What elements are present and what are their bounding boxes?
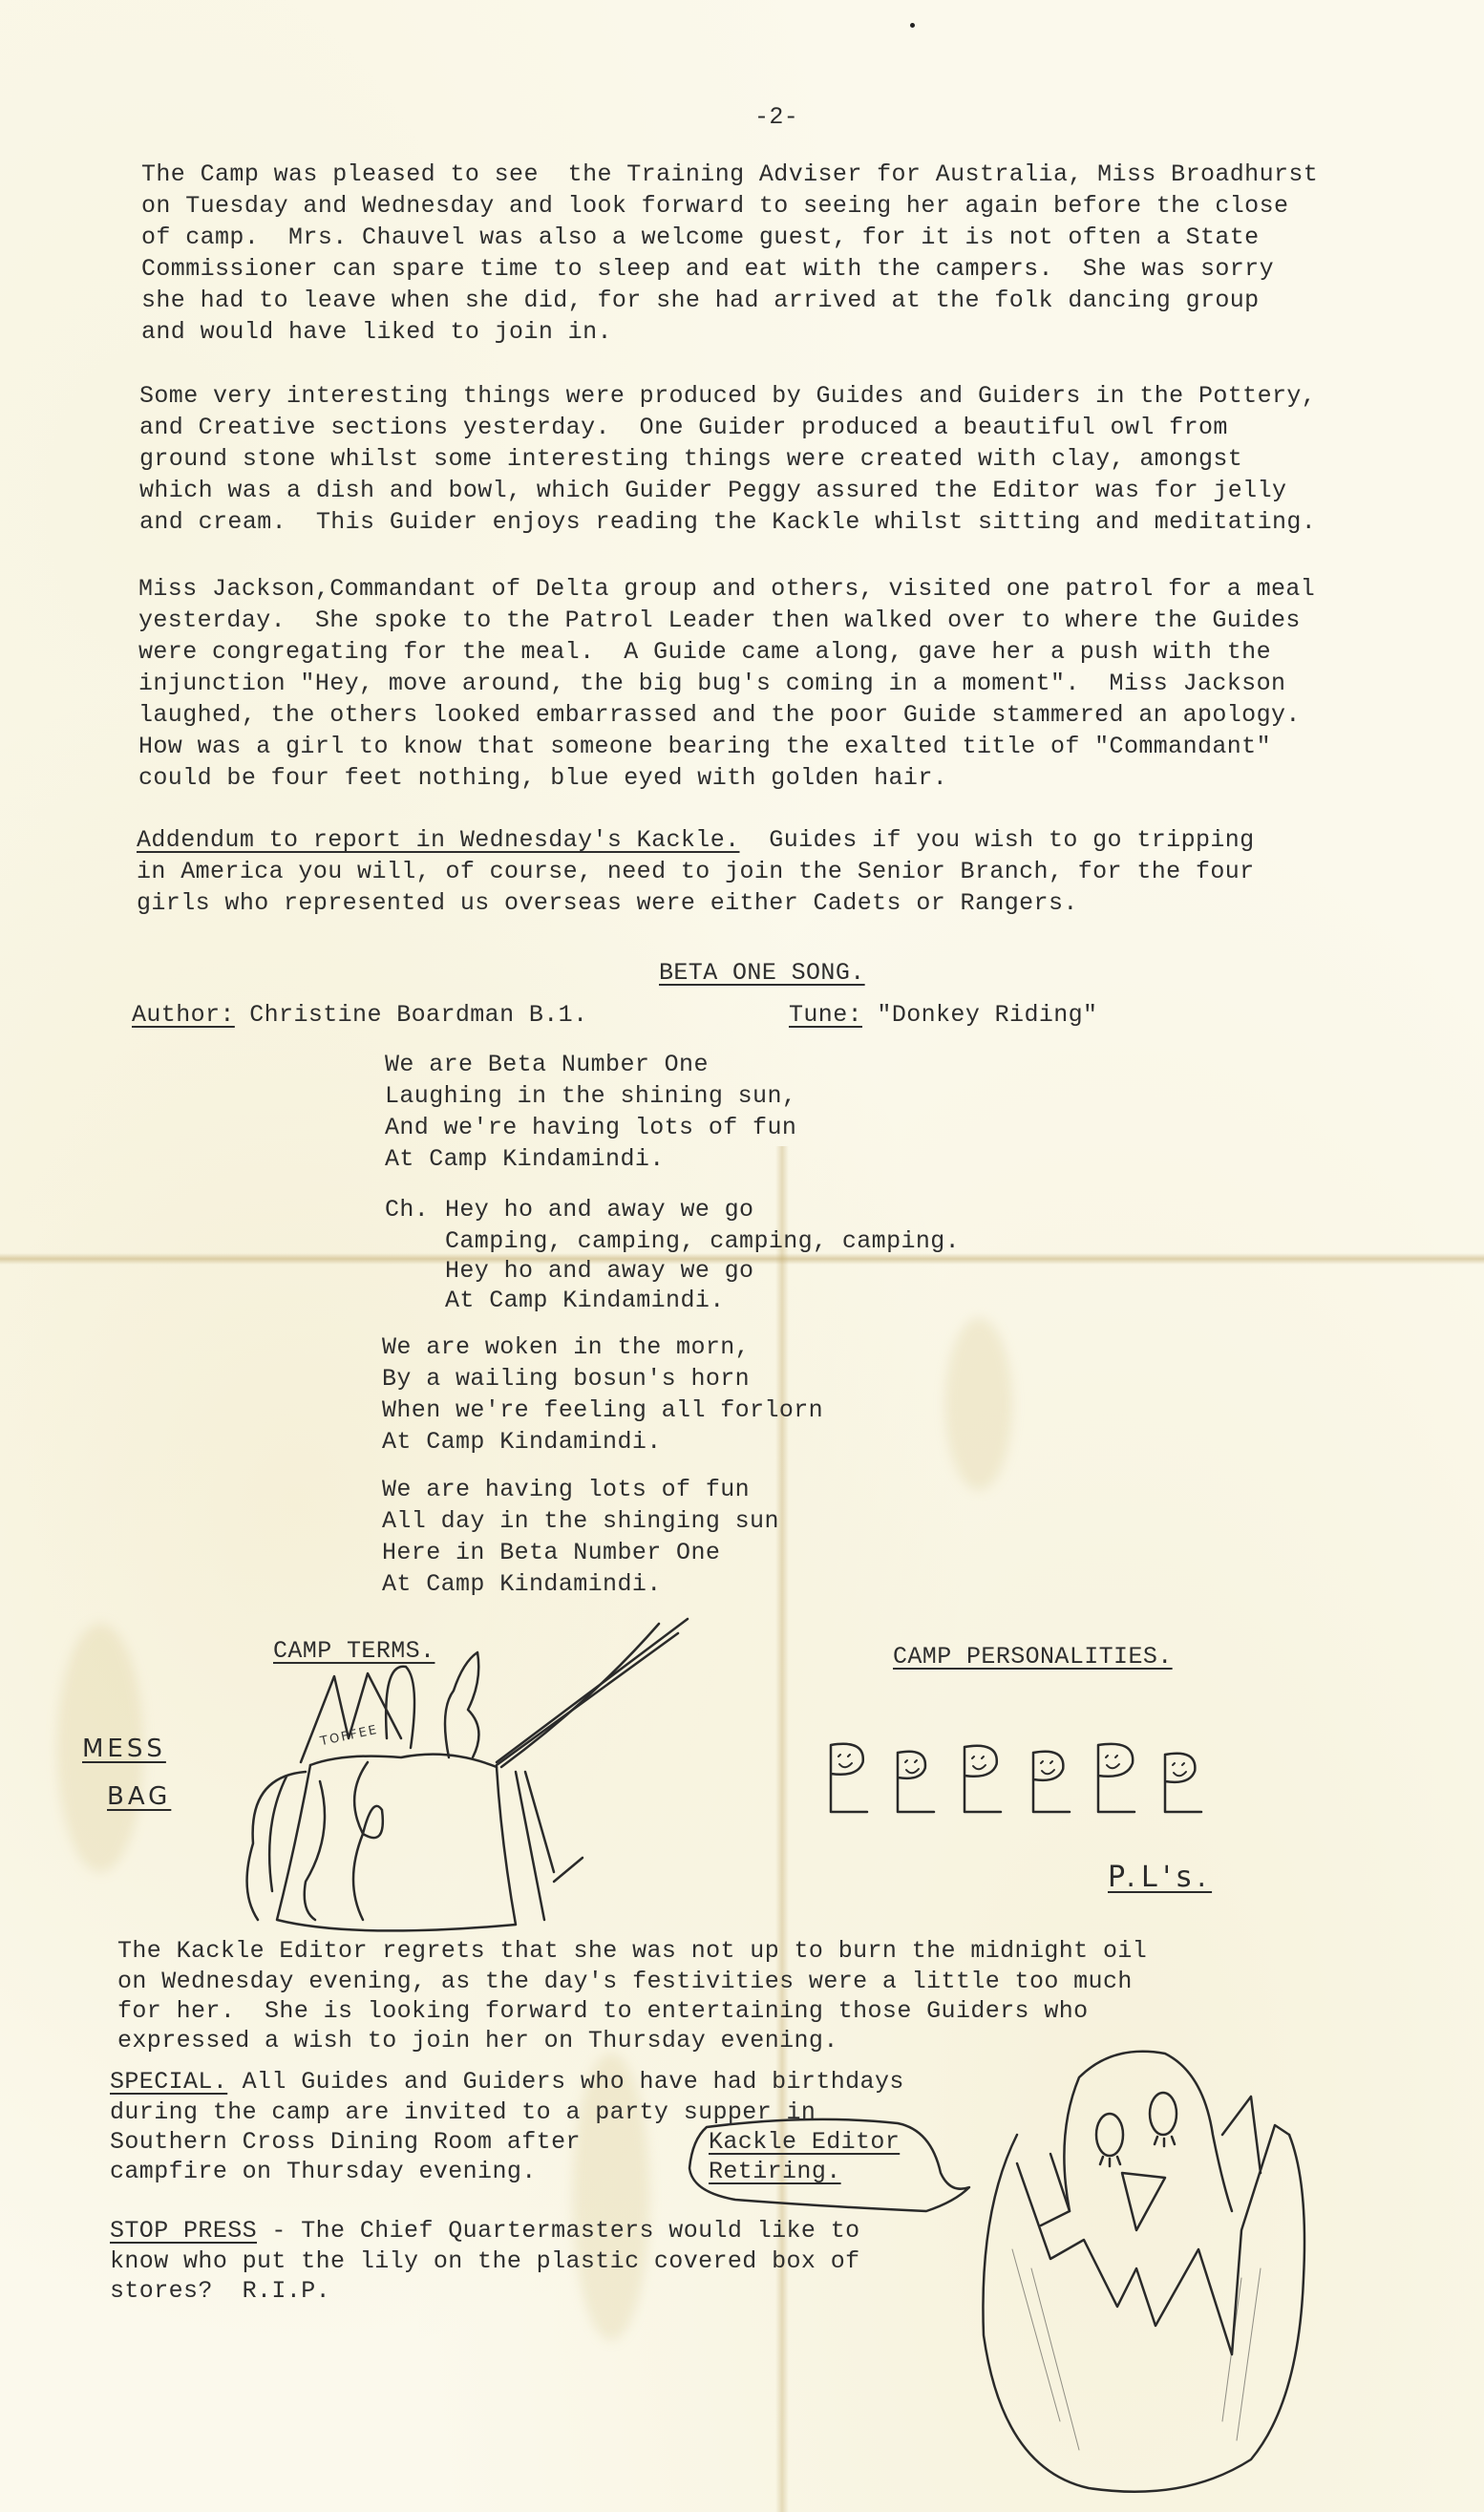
face-icon <box>1033 1752 1070 1812</box>
lyric-line: At Camp Kindamindi. <box>382 1426 662 1458</box>
page-number: -2- <box>754 101 798 133</box>
text-line: on Tuesday and Wednesday and look forwar… <box>141 190 1288 222</box>
text-line: were congregating for the meal. A Guide … <box>138 636 1271 668</box>
stop-press-label: STOP PRESS <box>110 2217 257 2245</box>
lyric-line: At Camp Kindamindi. <box>382 1568 662 1600</box>
text-line: which was a dish and bowl, which Guider … <box>139 475 1286 506</box>
bubble-line-1: Kackle Editor <box>709 2126 900 2158</box>
text-line: Commissioner can spare time to sleep and… <box>141 253 1274 285</box>
lyric-line: Camping, camping, camping, camping. <box>445 1225 960 1257</box>
face-icon <box>831 1744 867 1812</box>
lyric-line: All day in the shinging sun <box>382 1505 779 1537</box>
lyric-line: By a wailing bosun's horn <box>382 1363 750 1394</box>
author-label: Author: <box>132 1001 235 1029</box>
song-author: Author: Christine Boardman B.1. <box>132 999 588 1031</box>
text-span: - The Chief Quartermasters would like to <box>257 2217 860 2245</box>
text-line: Addendum to report in Wednesday's Kackle… <box>137 824 1255 856</box>
lyric-line: Hey ho and away we go <box>445 1255 753 1287</box>
lyric-line: Hey ho and away we go <box>445 1194 753 1225</box>
tune-label: Tune: <box>789 1001 862 1029</box>
text-line: yesterday. She spoke to the Patrol Leade… <box>138 605 1301 636</box>
lyric-line: Laughing in the shining sun, <box>385 1080 796 1112</box>
text-line: in America you will, of course, need to … <box>137 856 1255 887</box>
text-line: girls who represented us overseas were e… <box>137 887 1078 919</box>
text-line: The Camp was pleased to see the Training… <box>141 159 1318 190</box>
text-line: Miss Jackson,Commandant of Delta group a… <box>138 573 1315 605</box>
pls-caption-text: P.L's. <box>1108 1861 1212 1894</box>
pls-caption: P.L's. <box>1108 1861 1212 1894</box>
speck <box>910 23 915 28</box>
paper-stain <box>945 1318 1012 1490</box>
song-title: BETA ONE SONG. <box>659 957 865 989</box>
text-line: know who put the lily on the plastic cov… <box>110 2246 860 2277</box>
text-line: could be four feet nothing, blue eyed wi… <box>138 762 947 794</box>
text-line: on Wednesday evening, as the day's festi… <box>117 1966 1133 1997</box>
text-line: and cream. This Guider enjoys reading th… <box>139 506 1316 538</box>
text-line: campfire on Thursday evening. <box>110 2156 537 2187</box>
text-line: of camp. Mrs. Chauvel was also a welcome… <box>141 222 1260 253</box>
text-line: Southern Cross Dining Room after <box>110 2126 581 2158</box>
text-line: for her. She is looking forward to enter… <box>117 1995 1089 2027</box>
song-tune: Tune: "Donkey Riding" <box>789 999 1097 1031</box>
lyric-line: And we're having lots of fun <box>385 1112 796 1143</box>
face-icon <box>1165 1754 1201 1812</box>
lyric-line: We are having lots of fun <box>382 1474 750 1505</box>
text-span: Guides if you wish to go tripping <box>740 826 1255 854</box>
face-icon <box>898 1752 934 1812</box>
lyric-line: When we're feeling all forlorn <box>382 1394 823 1426</box>
bag-label: BAG <box>107 1782 171 1811</box>
text-line: and Creative sections yesterday. One Gui… <box>139 412 1228 443</box>
lyric-line: At Camp Kindamindi. <box>445 1285 725 1316</box>
addendum-heading: Addendum to report in Wednesday's Kackle… <box>137 826 740 854</box>
hatching-chick-drawing <box>945 2020 1337 2507</box>
text-line: Some very interesting things were produc… <box>139 380 1316 412</box>
author-name: Christine Boardman B.1. <box>235 1001 588 1029</box>
text-line: The Kackle Editor regrets that she was n… <box>117 1935 1147 1967</box>
text-line: injunction "Hey, move around, the big bu… <box>138 668 1285 699</box>
bubble-line-2: Retiring. <box>709 2156 841 2187</box>
text-line: SPECIAL. All Guides and Guiders who have… <box>110 2066 904 2097</box>
text-span: All Guides and Guiders who have had birt… <box>227 2068 904 2096</box>
face-icon <box>1098 1744 1134 1812</box>
lyric-line: Here in Beta Number One <box>382 1537 720 1568</box>
vertical-fold-crease <box>775 1146 789 2512</box>
text-line: STOP PRESS - The Chief Quartermasters wo… <box>110 2215 860 2246</box>
lyric-line: We are Beta Number One <box>385 1049 709 1080</box>
camp-personalities-title: CAMP PERSONALITIES. <box>893 1641 1173 1672</box>
text-line: How was a girl to know that someone bear… <box>138 731 1271 762</box>
lyric-line: At Camp Kindamindi. <box>385 1143 665 1175</box>
lyric-line: We are woken in the morn, <box>382 1331 750 1363</box>
text-line: ground stone whilst some interesting thi… <box>139 443 1242 475</box>
tune-name: "Donkey Riding" <box>862 1001 1097 1029</box>
text-line: and would have liked to join in. <box>141 316 612 348</box>
text-line: stores? R.I.P. <box>110 2275 330 2307</box>
patrol-leader-faces-drawing <box>821 1743 1203 1829</box>
mess-label: MESS <box>82 1735 166 1763</box>
mess-bag-drawing <box>210 1605 707 1948</box>
text-line: expressed a wish to join her on Thursday… <box>117 2025 838 2056</box>
text-line: she had to leave when she did, for she h… <box>141 285 1260 316</box>
chorus-label: Ch. <box>385 1194 429 1225</box>
face-icon <box>965 1746 1001 1812</box>
special-label: SPECIAL. <box>110 2068 227 2096</box>
text-line: laughed, the others looked embarrassed a… <box>138 699 1301 731</box>
